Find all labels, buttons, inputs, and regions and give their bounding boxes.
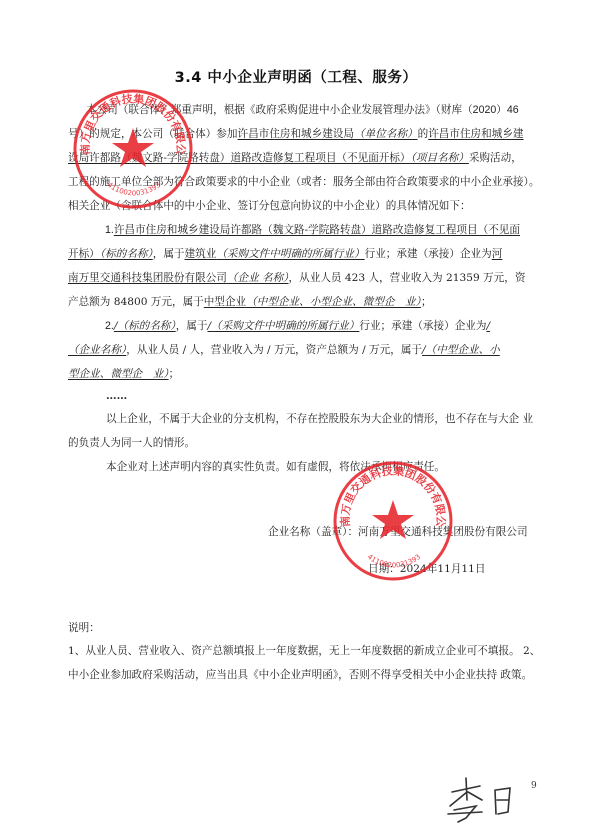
text: 采购活动， — [469, 152, 522, 164]
enterprise-item-1-line-3: 南万里交通科技集团股份有限公司（企业 名称），从业人员 423 人，营业收入为 … — [68, 271, 525, 285]
paragraph-responsibility: 本企业对上述声明内容的真实性负责。如有虚假，将依法承担相应责任。 — [106, 460, 445, 474]
subject-name-hint: （标的名称） — [117, 320, 175, 332]
company-name: 南万里交通科技集团股份有限公司 — [68, 272, 227, 284]
item-number: 1. — [105, 224, 114, 236]
subject-name-hint: （标的名称） — [100, 248, 153, 260]
project-name-hint: （项目名称） — [411, 152, 469, 164]
subject-name: 许昌市住房和城乡建设局许都路（魏文路-学院路转盘）道路改造修复工程项目（不见面 — [114, 224, 520, 236]
paragraph-branch-statement-line-1: 以上企业，不属于大企业的分支机构，不存在控股股东为大企业的情形，也不存在与大企 … — [106, 412, 533, 426]
text: ）46 — [496, 104, 518, 116]
company-name: / — [486, 320, 490, 332]
company-name-value: 河南万里交通科技集团股份有限公司 — [358, 526, 528, 538]
enterprise-size: 中型企业 — [204, 296, 246, 308]
text: 行业；承建（承接）企业为 — [365, 248, 492, 260]
svg-text:河南万里交通科技集团股份有限公司: 河南万里交通科技集团股份有限公司 — [70, 86, 188, 156]
date-label: 日期： — [368, 563, 400, 575]
paragraph-declaration-line-3: 设局许都路（魏文路-学院路转盘）道路改造修复工程项目（不见面开标）（项目名称）采… — [68, 151, 522, 165]
enterprise-item-1-line-1: 1.许昌市住房和城乡建设局许都路（魏文路-学院路转盘）道路改造修复工程项目（不见… — [105, 223, 520, 237]
enterprise-item-2-line-2: （企业名称），从业人员 / 人，营业收入为 / 万元，资产总额为 / 万元，属于… — [68, 343, 500, 357]
subject-name: 开标） — [68, 248, 100, 260]
item-number: 2. — [105, 320, 114, 332]
industry: 建筑业 — [185, 248, 217, 260]
company-label: 企业名称（盖章）： — [268, 526, 358, 538]
project-name: 许昌市住房和城乡建 — [428, 128, 523, 140]
page-title: 3.4 中小企业声明函（工程、服务） — [0, 66, 592, 87]
notes-line-2: 中小企业参加政府采购活动，应当出具《中小企业声明函》，否则不得享受相关中小企业扶… — [68, 668, 532, 682]
company-name-hint: （企业 名称） — [227, 272, 289, 284]
text: 的 — [418, 128, 429, 140]
text: ； — [421, 296, 432, 308]
unit-name: 许昌市住房和城乡建设局 — [238, 128, 355, 140]
handwritten-signature — [440, 770, 530, 825]
text: ； — [169, 368, 180, 380]
date-value: 2024年11月11日 — [400, 563, 486, 575]
text: 本公司（联合体）郑重声明，根据《政府采购促进中小企业发展管理办法》（财库（ — [86, 104, 473, 116]
company-name: 河 — [492, 248, 503, 260]
paragraph-branch-statement-line-2: 的负责人为同一人的情形。 — [68, 436, 195, 450]
enterprise-size-hint: （中型企业、小 — [426, 344, 500, 356]
text: 号）的规定，本公司（联合体）参加 — [68, 128, 238, 140]
text: ，属于 — [176, 320, 208, 332]
enterprise-figures: ，从业人员 423 人，营业收入为 21359 万元，资 — [289, 272, 526, 284]
enterprise-item-1-line-4: 产总额为 84800 万元，属于中型企业（中型企业、小型企业、微型企 业）； — [68, 295, 432, 309]
paragraph-declaration-line-1: 本公司（联合体）郑重声明，根据《政府采购促进中小企业发展管理办法》（财库（202… — [86, 103, 519, 117]
industry-hint: （采购文件中明确的所属行业） — [216, 248, 364, 260]
paragraph-declaration-line-5: 相关企业（含联合体中的中小企业、签订分包意向协议的中小企业）的具体情况如下： — [68, 199, 471, 213]
enterprise-item-2-line-1: 2./（标的名称），属于/（采购文件中明确的所属行业）行业；承建（承接）企业为/ — [105, 319, 490, 333]
document-page: 3.4 中小企业声明函（工程、服务） 本公司（联合体）郑重声明，根据《政府采购促… — [0, 0, 592, 833]
project-name: 设局许都路（魏文路-学院路转盘）道路改造修复工程项目（不见面开标） — [68, 152, 411, 164]
enterprise-figures: ，从业人员 / 人，营业收入为 / 万元，资产总额为 / 万元，属于 — [126, 344, 422, 356]
notes-line-1: 1、从业人员、营业收入、资产总额填报上一年度数据，无上一年度数据的新成立企业可不… — [68, 644, 540, 658]
enterprise-item-1-line-2: 开标）（标的名称），属于建筑业（采购文件中明确的所属行业）行业；承建（承接）企业… — [68, 247, 502, 261]
industry-hint: （采购文件中明确的所属行业） — [211, 320, 359, 332]
text: ，属于 — [153, 248, 185, 260]
unit-name-hint: （单位名称） — [354, 128, 418, 140]
year-value: 2020 — [473, 104, 497, 116]
company-signature-line: 企业名称（盖章）：河南万里交通科技集团股份有限公司 — [268, 525, 528, 539]
date-line: 日期：2024年11月11日 — [368, 562, 485, 576]
paragraph-declaration-line-4: 工程的施工单位全部为符合政策要求的中小企业（或者：服务全部由符合政策要求的中小企… — [68, 175, 539, 189]
company-name-hint: （企业名称） — [68, 344, 126, 356]
enterprise-size-hint: 型企业、微型企 业） — [68, 368, 169, 380]
page-number: 9 — [531, 781, 537, 791]
enterprise-size-hint: （中型企业、小型企业、微型企 业） — [246, 296, 421, 308]
notes-title: 说明： — [68, 621, 100, 635]
text: 行业；承建（承接）企业为 — [359, 320, 486, 332]
enterprise-item-2-line-3: 型企业、微型企 业）； — [68, 367, 179, 381]
ellipsis: …… — [106, 389, 127, 403]
paragraph-declaration-line-2: 号）的规定，本公司（联合体）参加许昌市住房和城乡建设局（单位名称）的许昌市住房和… — [68, 127, 524, 141]
enterprise-assets: 产总额为 84800 万元，属于 — [68, 296, 204, 308]
